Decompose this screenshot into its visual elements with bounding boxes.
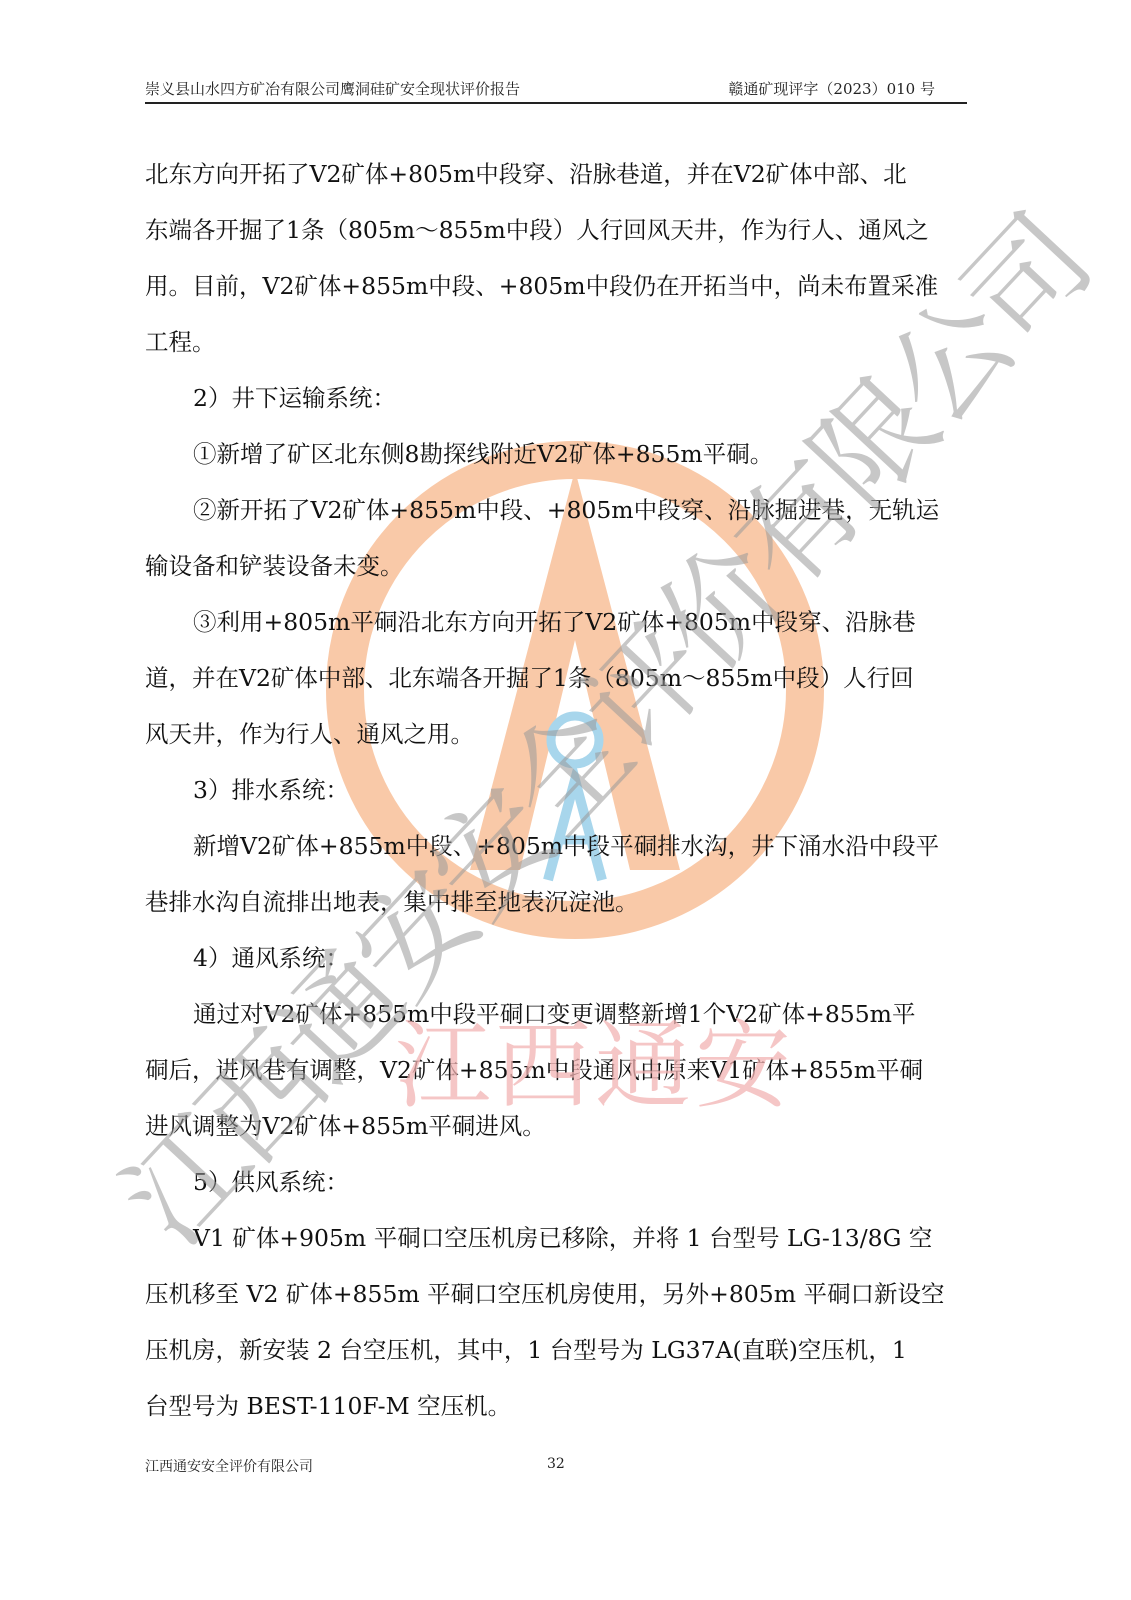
header-divider [145, 102, 967, 104]
page-number: 32 [547, 1456, 565, 1472]
paragraph-line: 输设备和铲装设备未变。 [145, 538, 967, 594]
paragraph-line: 道，并在V2矿体中部、北东端各开掘了1条（805m～855m中段）人行回 [145, 650, 967, 706]
page-header: 崇义县山水四方矿冶有限公司鹰洞硅矿安全现状评价报告 赣通矿现评字（2023）01… [145, 78, 965, 104]
paragraph-line: 北东方向开拓了V2矿体+805m中段穿、沿脉巷道，并在V2矿体中部、北 [145, 146, 967, 202]
paragraph-line: 工程。 [145, 314, 967, 370]
section-heading-ventilation: 4）通风系统： [145, 930, 967, 986]
section-heading-transport: 2）井下运输系统： [145, 370, 967, 426]
paragraph-line: 用。目前，V2矿体+855m中段、+805m中段仍在开拓当中，尚未布置采准 [145, 258, 967, 314]
paragraph-line: ②新开拓了V2矿体+855m中段、+805m中段穿、沿脉掘进巷，无轨运 [145, 482, 967, 538]
paragraph-line: ③利用+805m平硐沿北东方向开拓了V2矿体+805m中段穿、沿脉巷 [145, 594, 967, 650]
document-body: 北东方向开拓了V2矿体+805m中段穿、沿脉巷道，并在V2矿体中部、北 东端各开… [145, 146, 967, 1434]
section-heading-drainage: 3）排水系统： [145, 762, 967, 818]
paragraph-line: 硐后，进风巷有调整，V2矿体+855m中段通风由原来V1矿体+855m平硐 [145, 1042, 967, 1098]
paragraph-line: 台型号为 BEST-110F-M 空压机。 [145, 1378, 967, 1434]
paragraph-line: 东端各开掘了1条（805m～855m中段）人行回风天井，作为行人、通风之 [145, 202, 967, 258]
section-heading-air-supply: 5）供风系统： [145, 1154, 967, 1210]
paragraph-line: 通过对V2矿体+855m中段平硐口变更调整新增1个V2矿体+855m平 [145, 986, 967, 1042]
paragraph-line: 新增V2矿体+855m中段、+805m中段平硐排水沟，井下涌水沿中段平 [145, 818, 967, 874]
paragraph-line: 巷排水沟自流排出地表，集中排至地表沉淀池。 [145, 874, 967, 930]
paragraph-line: 风天井，作为行人、通风之用。 [145, 706, 967, 762]
paragraph-line: ①新增了矿区北东侧8勘探线附近V2矿体+855m平硐。 [145, 426, 967, 482]
paragraph-line: 压机房，新安装 2 台空压机，其中，1 台型号为 LG37A(直联)空压机，1 [145, 1322, 967, 1378]
report-title: 崇义县山水四方矿冶有限公司鹰洞硅矿安全现状评价报告 [145, 78, 520, 99]
paragraph-line: 进风调整为V2矿体+855m平硐进风。 [145, 1098, 967, 1154]
footer-company: 江西通安安全评价有限公司 [145, 1456, 313, 1476]
document-number: 赣通矿现评字（2023）010 号 [728, 78, 935, 99]
paragraph-line: V1 矿体+905m 平硐口空压机房已移除，并将 1 台型号 LG-13/8G … [145, 1210, 967, 1266]
paragraph-line: 压机移至 V2 矿体+855m 平硐口空压机房使用，另外+805m 平硐口新设空 [145, 1266, 967, 1322]
